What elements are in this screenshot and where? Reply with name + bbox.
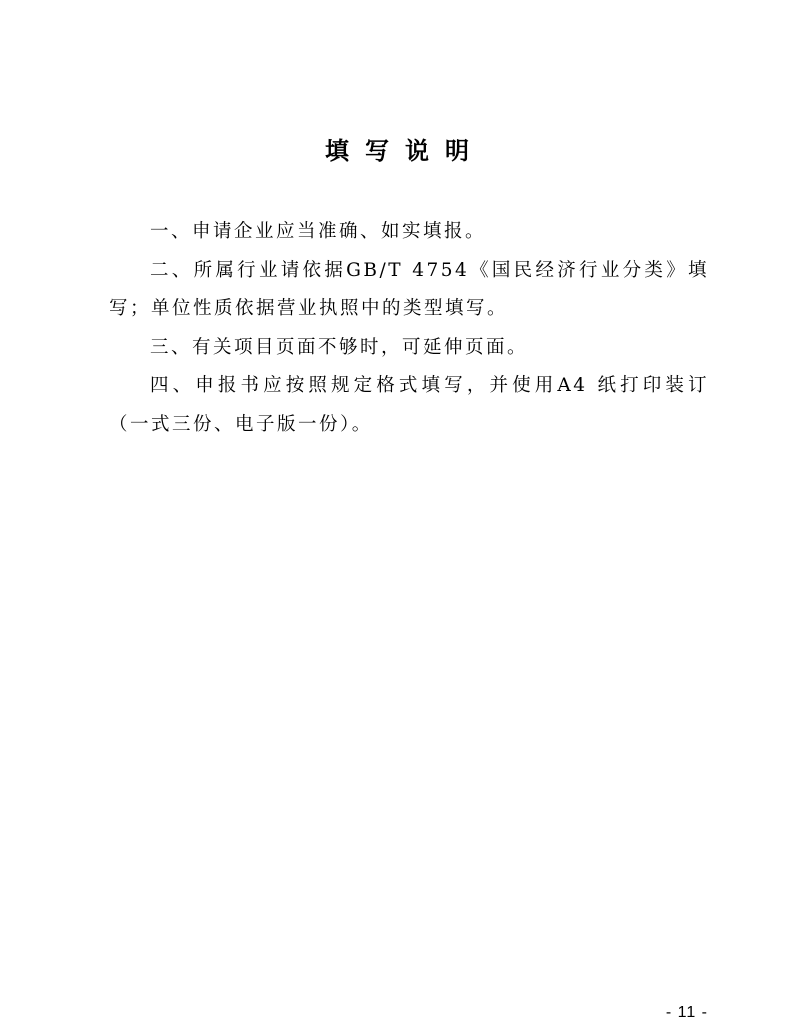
instruction-item-4: 四、申报书应按照规定格式填写，并使用A4 纸打印装订（一式三份、电子版一份）。: [109, 367, 709, 444]
page-title: 填写说明: [0, 131, 794, 166]
page-number: - 11 -: [666, 1004, 708, 1022]
instruction-item-2: 二、所属行业请依据GB/T 4754《国民经济行业分类》填写；单位性质依据营业执…: [109, 252, 709, 329]
instruction-item-1: 一、申请企业应当准确、如实填报。: [109, 213, 709, 252]
instructions-body: 一、申请企业应当准确、如实填报。 二、所属行业请依据GB/T 4754《国民经济…: [109, 213, 709, 444]
document-page: 填写说明 一、申请企业应当准确、如实填报。 二、所属行业请依据GB/T 4754…: [0, 0, 794, 1030]
instruction-item-3: 三、有关项目页面不够时，可延伸页面。: [109, 329, 709, 368]
